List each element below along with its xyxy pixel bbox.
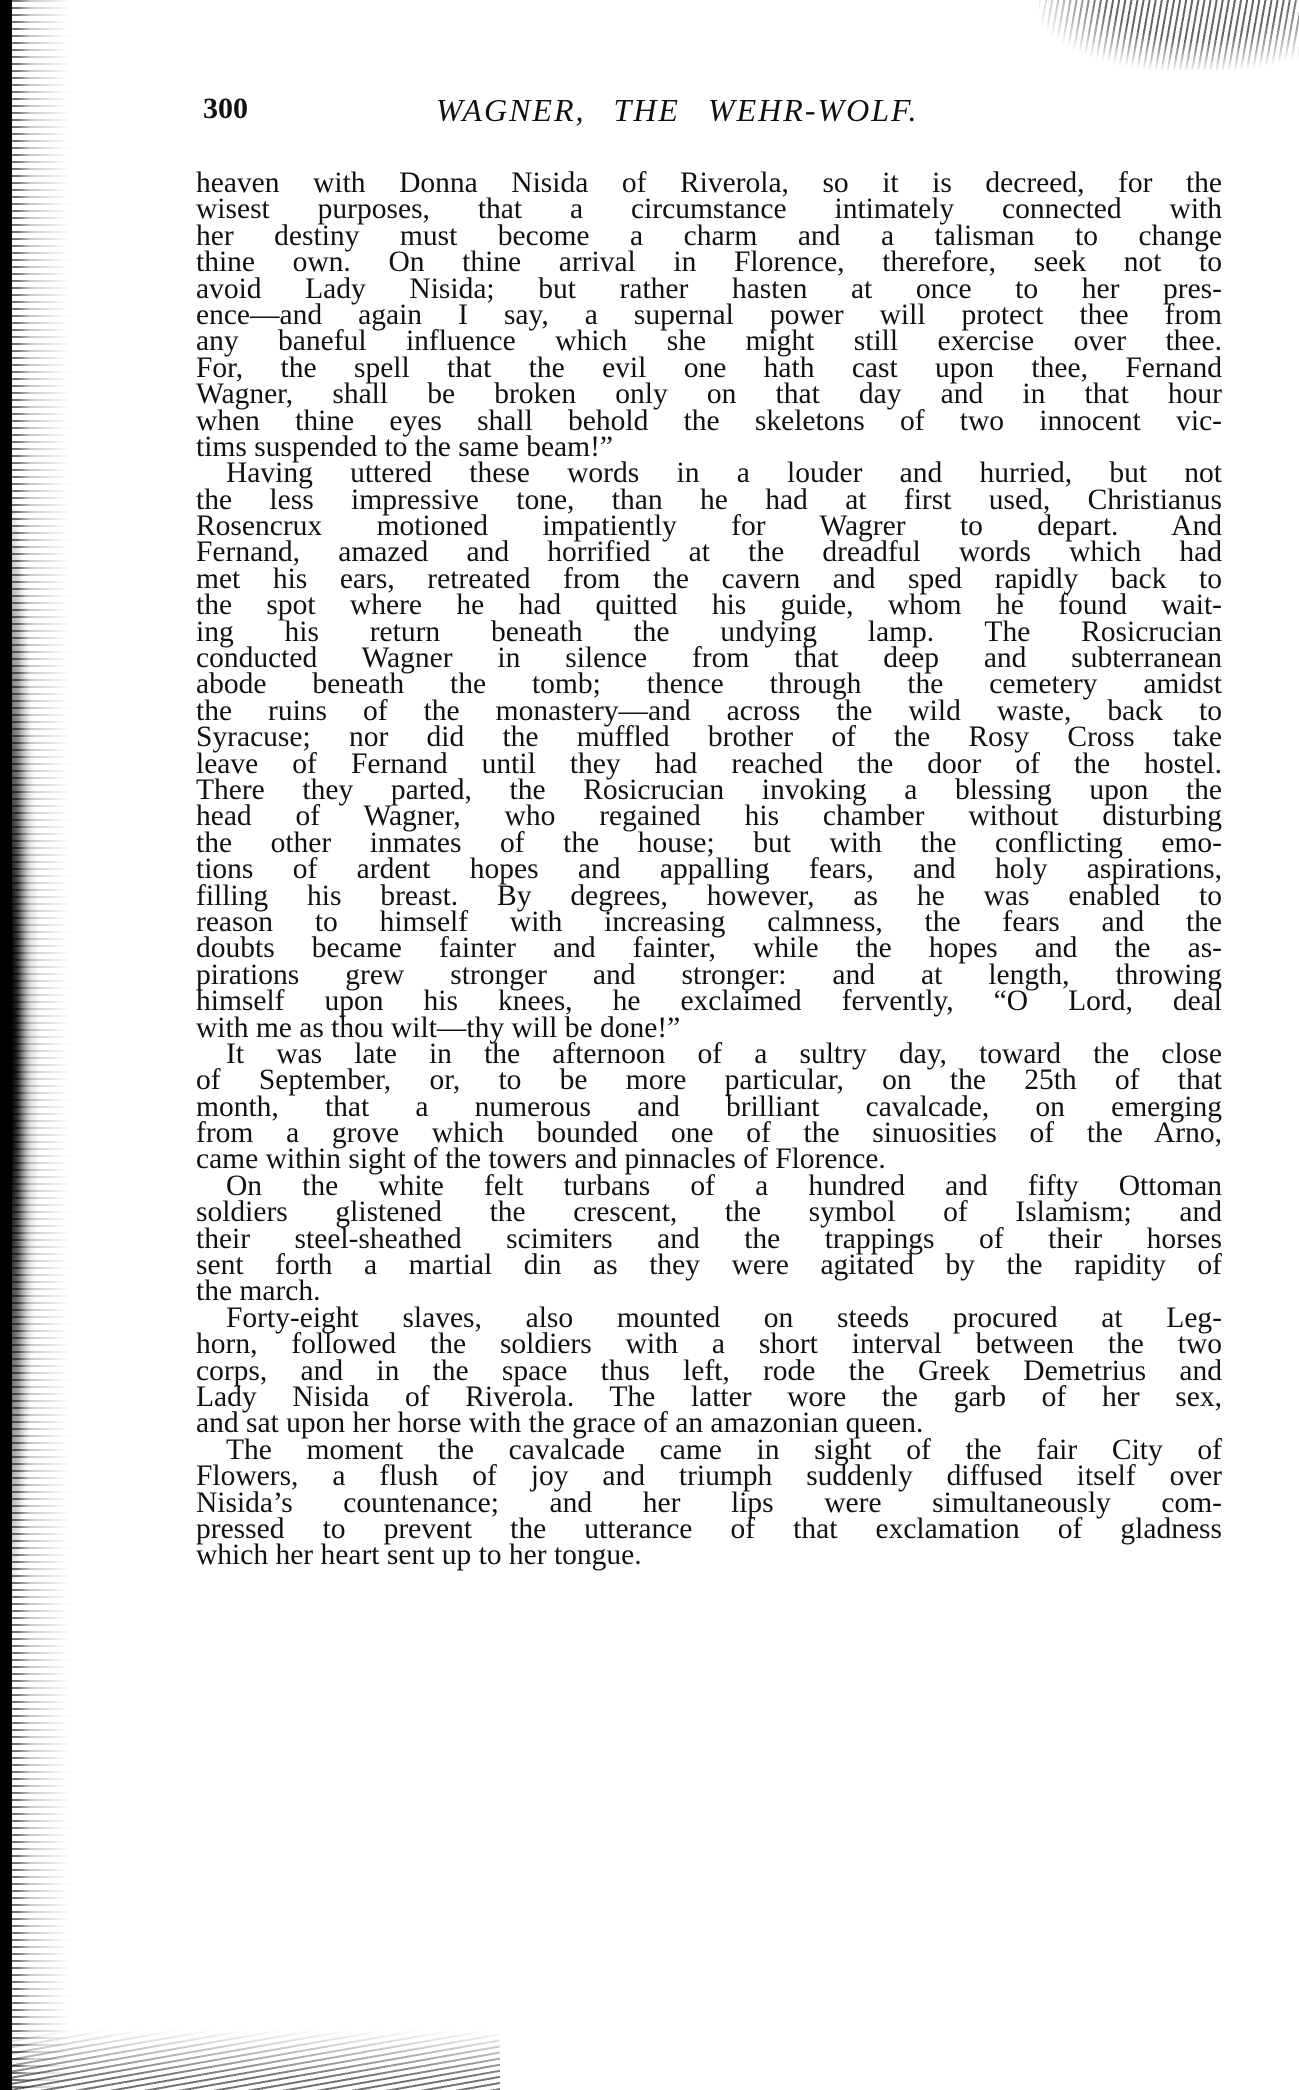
- text-line: tions of ardent hopes and appalling fear…: [196, 856, 1222, 882]
- text-line: Fernand, amazed and horrified at the dre…: [196, 539, 1222, 565]
- text-line: sent forth a martial din as they were ag…: [196, 1252, 1222, 1278]
- text-line: Wagner, shall be broken only on that day…: [196, 381, 1222, 407]
- text-line: himself upon his knees, he exclaimed fer…: [196, 988, 1222, 1014]
- text-line: of September, or, to be more particular,…: [196, 1067, 1222, 1093]
- scan-noise-bottom-left: [0, 2030, 500, 2090]
- page-number: 300: [203, 92, 248, 126]
- running-header: 300 WAGNER, THE WEHR-WOLF.: [203, 92, 1223, 132]
- text-line: avoid Lady Nisida; but rather hasten at …: [196, 276, 1222, 302]
- text-line: thine own. On thine arrival in Florence,…: [196, 249, 1222, 275]
- text-line: abode beneath the tomb; thence through t…: [196, 671, 1222, 697]
- body-text: heaven with Donna Nisida of Riverola, so…: [196, 170, 1222, 1569]
- text-line: came within sight of the towers and pinn…: [196, 1146, 1222, 1172]
- text-line: horn, followed the soldiers with a short…: [196, 1331, 1222, 1357]
- text-line: when thine eyes shall behold the skeleto…: [196, 408, 1222, 434]
- text-line: doubts became fainter and fainter, while…: [196, 935, 1222, 961]
- paragraph: heaven with Donna Nisida of Riverola, so…: [196, 170, 1222, 460]
- text-line: with me as thou wilt—thy will be done!”: [196, 1015, 1222, 1041]
- text-line: and sat upon her horse with the grace of…: [196, 1410, 1222, 1436]
- text-line: the march.: [196, 1278, 1222, 1304]
- text-line: which her heart sent up to her tongue.: [196, 1542, 1222, 1568]
- paragraph: Having uttered these words in a louder a…: [196, 460, 1222, 1041]
- text-line: Flowers, a flush of joy and triumph sudd…: [196, 1463, 1222, 1489]
- text-line: Syracuse; nor did the muffled brother of…: [196, 724, 1222, 750]
- text-line: Nisida’s countenance; and her lips were …: [196, 1490, 1222, 1516]
- scan-edge-shadow-left: [0, 0, 70, 2090]
- running-title: WAGNER, THE WEHR-WOLF.: [436, 92, 918, 129]
- paragraph: It was late in the afternoon of a sultry…: [196, 1041, 1222, 1173]
- text-line: wisest purposes, that a circumstance int…: [196, 196, 1222, 222]
- text-line: the spot where he had quitted his guide,…: [196, 592, 1222, 618]
- scan-noise-top-right: [1039, 0, 1299, 70]
- paragraph: On the white felt turbans of a hundred a…: [196, 1173, 1222, 1305]
- text-line: any baneful influence which she might st…: [196, 328, 1222, 354]
- paragraph: The moment the cavalcade came in sight o…: [196, 1437, 1222, 1569]
- text-line: filling his breast. By degrees, however,…: [196, 883, 1222, 909]
- text-line: corps, and in the space thus left, rode …: [196, 1358, 1222, 1384]
- text-line: Having uttered these words in a louder a…: [196, 460, 1222, 486]
- paragraph: Forty-eight slaves, also mounted on stee…: [196, 1305, 1222, 1437]
- text-line: soldiers glistened the crescent, the sym…: [196, 1199, 1222, 1225]
- text-line: head of Wagner, who regained his chamber…: [196, 803, 1222, 829]
